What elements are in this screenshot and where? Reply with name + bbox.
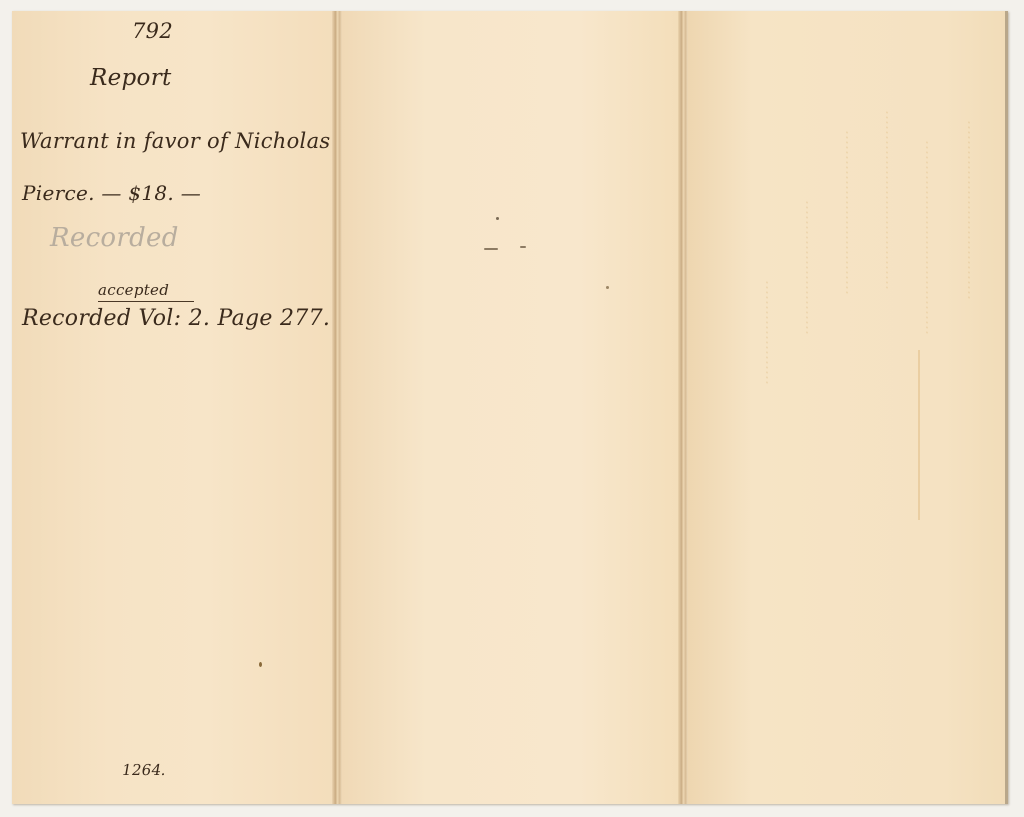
- document-title: Report: [90, 65, 172, 91]
- fold-crease: [678, 11, 688, 804]
- middle-panel: · · · · · … … … …: [342, 11, 680, 804]
- recorded-reference: Recorded Vol: 2. Page 277.: [22, 306, 330, 331]
- ink-spot: [606, 286, 609, 289]
- year-note: 1264.: [120, 761, 168, 779]
- left-panel: 792 Report Warrant in favor of Nicholas …: [12, 11, 336, 804]
- bleed-through-line: ………………………………: [964, 120, 982, 300]
- document-scan: 792 Report Warrant in favor of Nicholas …: [0, 0, 1024, 817]
- paper-edge: [1005, 11, 1008, 804]
- document-number: 792: [132, 19, 173, 43]
- warrant-line-1: Warrant in favor of Nicholas: [20, 129, 330, 153]
- accepted-note: accepted: [98, 281, 169, 299]
- ink-spot: [496, 217, 499, 220]
- warrant-line-2: Pierce. — $18. —: [22, 181, 201, 205]
- bleed-through-rule: [918, 350, 920, 520]
- pencil-recorded-note: Recorded: [50, 223, 179, 253]
- ink-spot: [520, 246, 526, 248]
- ink-spot: [484, 248, 498, 250]
- accepted-underline: [98, 301, 194, 302]
- fold-crease: [332, 11, 342, 804]
- bleed-through-line: …………………: [762, 280, 780, 385]
- bleed-through-line: …………………………………: [922, 140, 940, 335]
- bleed-through-line: ………………………: [802, 200, 820, 335]
- ink-spot: [259, 662, 262, 667]
- bleed-through-line: ……………………………: [842, 130, 860, 295]
- bleed-through-line: ………………………………: [882, 110, 900, 290]
